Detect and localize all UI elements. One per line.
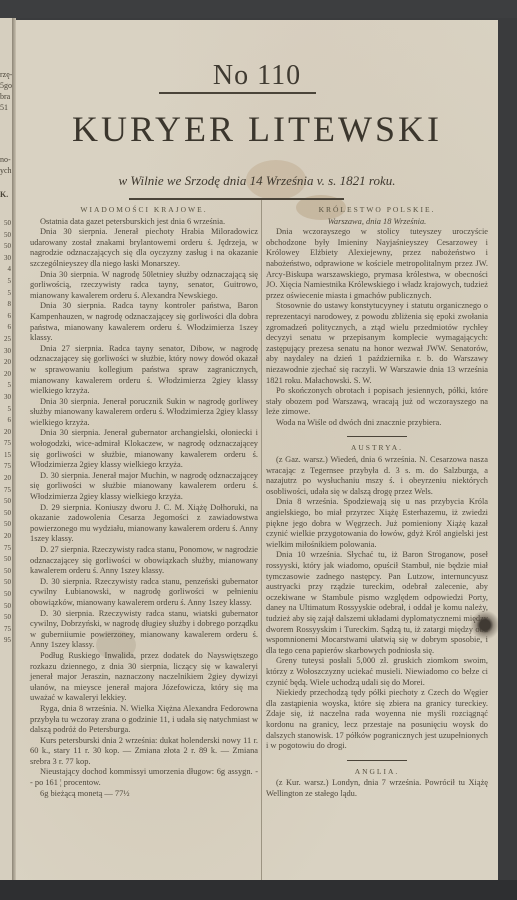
prev-table-value: 30	[0, 346, 11, 358]
article-paragraph: Dnia 10 września. Słychać tu, iż Baron S…	[266, 550, 488, 656]
newspaper-page: No 110 KURYER LITEWSKI w Wilnie we Srzod…	[16, 20, 498, 880]
article-paragraph: Dnia 30 sierpnia. Jenerał gubernator arc…	[30, 428, 258, 470]
debt-fund-line: 6g bieżącą monetą — 77½	[30, 789, 258, 800]
article-paragraph: D. 30 sierpnia. Rzeczywisty radca stanu,…	[30, 577, 258, 609]
prev-fragment: 51	[0, 103, 8, 112]
article-paragraph: D. 30 sierpnia. Rzeczywisty radca stanu,…	[30, 609, 258, 651]
prev-table-value: 20	[0, 357, 11, 369]
article-paragraph: Dnia 8 września. Spodziewają się u nas p…	[266, 497, 488, 550]
prev-table-value: 50	[0, 241, 11, 253]
section-title: ANGLIA.	[266, 767, 488, 778]
prev-table-value: 75	[0, 624, 11, 636]
prev-table-value: 6	[0, 322, 11, 334]
prev-table-value: 95	[0, 635, 11, 647]
article-paragraph: Dnia 27 sierpnia. Radca tayny senator, D…	[30, 344, 258, 397]
column-divider	[261, 200, 262, 880]
prev-table-value: 50	[0, 566, 11, 578]
prev-table-value: 75	[0, 543, 11, 555]
prev-table-value: 50	[0, 508, 11, 520]
prev-fragment: bra	[0, 92, 10, 101]
exchange-rates: Kurs petersburski dnia 2 września: dukat…	[30, 736, 258, 768]
article-paragraph: Dnia 30 sierpnia. Jenerał piechoty Hrabi…	[30, 227, 258, 269]
prev-fragment: 5go	[0, 81, 12, 90]
article-paragraph: D. 29 sierpnia. Koniuszy dworu J. C. M. …	[30, 503, 258, 545]
section-dateline: Warszawa, dnia 18 Września.	[266, 217, 488, 228]
section-title: KRÓLESTWO POLSKIE.	[266, 205, 488, 216]
prev-table-value: 30	[0, 253, 11, 265]
section-title: WIADOMOŚCI KRAJOWE.	[30, 205, 258, 216]
article-paragraph: D. 27 sierpnia. Rzeczywisty radca stanu,…	[30, 545, 258, 577]
viewer-top-bar	[0, 0, 517, 18]
prev-table-value: 4	[0, 264, 11, 276]
issue-number: No 110	[16, 60, 498, 92]
prev-table-value: 50	[0, 612, 11, 624]
prev-table-value: 50	[0, 230, 11, 242]
viewer-bottom-bar	[0, 880, 517, 900]
prev-table-value: 50	[0, 589, 11, 601]
masthead-title: KURYER LITEWSKI	[16, 108, 498, 150]
prev-table-value: 20	[0, 369, 11, 381]
prev-table-value: 5	[0, 276, 11, 288]
prev-table-value: 20	[0, 427, 11, 439]
section-title: AUSTRYA.	[266, 443, 488, 454]
prev-table-value: 6	[0, 415, 11, 427]
article-paragraph: (z Kur. warsz.) Londyn, dnia 7 września.…	[266, 778, 488, 799]
prev-table-value: 8	[0, 299, 11, 311]
section-separator	[347, 436, 407, 437]
issue-dateline: w Wilnie we Srzodę dnia 14 Września v. s…	[16, 173, 498, 189]
prev-table-value: 50	[0, 577, 11, 589]
left-column: WIADOMOŚCI KRAJOWE. Ostatnia data gazet …	[30, 205, 258, 799]
previous-page-edge: rzę- 5go bra 51 no- ych K. 5050503045586…	[0, 18, 12, 880]
prev-table-value: 15	[0, 450, 11, 462]
prev-table-value: 5	[0, 404, 11, 416]
article-paragraph: Dnia 30 sierpnia. W nagrodę 50letniey sł…	[30, 270, 258, 302]
article-paragraph: D. 30 sierpnia. Jenerał major Muchin, w …	[30, 471, 258, 503]
prev-table-value: 50	[0, 218, 11, 230]
article-paragraph: Dnia wczorayszego w stolicy tuteyszey ur…	[266, 227, 488, 301]
debt-fund-line: Nieustający dochod kommissyi umorzenia d…	[30, 767, 258, 788]
prev-table-value: 75	[0, 438, 11, 450]
dateline-rule	[129, 198, 344, 200]
prev-table-value: 50	[0, 554, 11, 566]
article-paragraph: Greny tuteysi posłali 5,000 zł. gruskich…	[266, 656, 488, 688]
article-paragraph: Ostatnia data gazet petersburskich jest …	[30, 217, 258, 228]
ink-blot	[470, 610, 500, 640]
prev-table-value: 75	[0, 485, 11, 497]
prev-table-value: 25	[0, 334, 11, 346]
prev-table-value: 5	[0, 288, 11, 300]
title-rule	[159, 92, 316, 94]
article-paragraph: Dnia 30 sierpnia. Jenerał porucznik Suki…	[30, 397, 258, 429]
prev-fragment: rzę-	[0, 70, 12, 79]
prev-table-value: 6	[0, 311, 11, 323]
article-paragraph: Po skończonych obrotach i popisach jesie…	[266, 386, 488, 418]
prev-fragment: ych	[0, 166, 12, 175]
prev-table-value: 5	[0, 380, 11, 392]
prev-table-value: 50	[0, 519, 11, 531]
prev-table-values: 5050503045586625302020530562075157520755…	[0, 218, 11, 647]
prev-fragment: no-	[0, 155, 11, 164]
prev-table-value: 50	[0, 601, 11, 613]
article-paragraph: Niekiedy przechodzą tędy półki piechoty …	[266, 688, 488, 752]
section-separator	[347, 760, 407, 761]
article-paragraph: Dnia 30 sierpnia. Radca tayny kontroler …	[30, 301, 258, 343]
article-paragraph: Podług Ruskiego Inwalida, przez dodatek …	[30, 651, 258, 704]
prev-table-value: 50	[0, 496, 11, 508]
prev-table-value: 20	[0, 531, 11, 543]
prev-table-header: K.	[0, 190, 8, 199]
article-paragraph: (z Gaz. warsz.) Wiedeń, dnia 6 września.…	[266, 455, 488, 497]
prev-table-value: 75	[0, 461, 11, 473]
article-paragraph: Stosownie do ustawy konstytucyyney i sta…	[266, 301, 488, 386]
prev-table-value: 20	[0, 473, 11, 485]
right-column: KRÓLESTWO POLSKIE. Warszawa, dnia 18 Wrz…	[266, 205, 488, 799]
article-paragraph: Ryga, dnia 8 września. N. Wielka Xiężna …	[30, 704, 258, 736]
article-paragraph: Woda na Wiśle od dwóch dni znacznie przy…	[266, 418, 488, 429]
prev-table-value: 30	[0, 392, 11, 404]
